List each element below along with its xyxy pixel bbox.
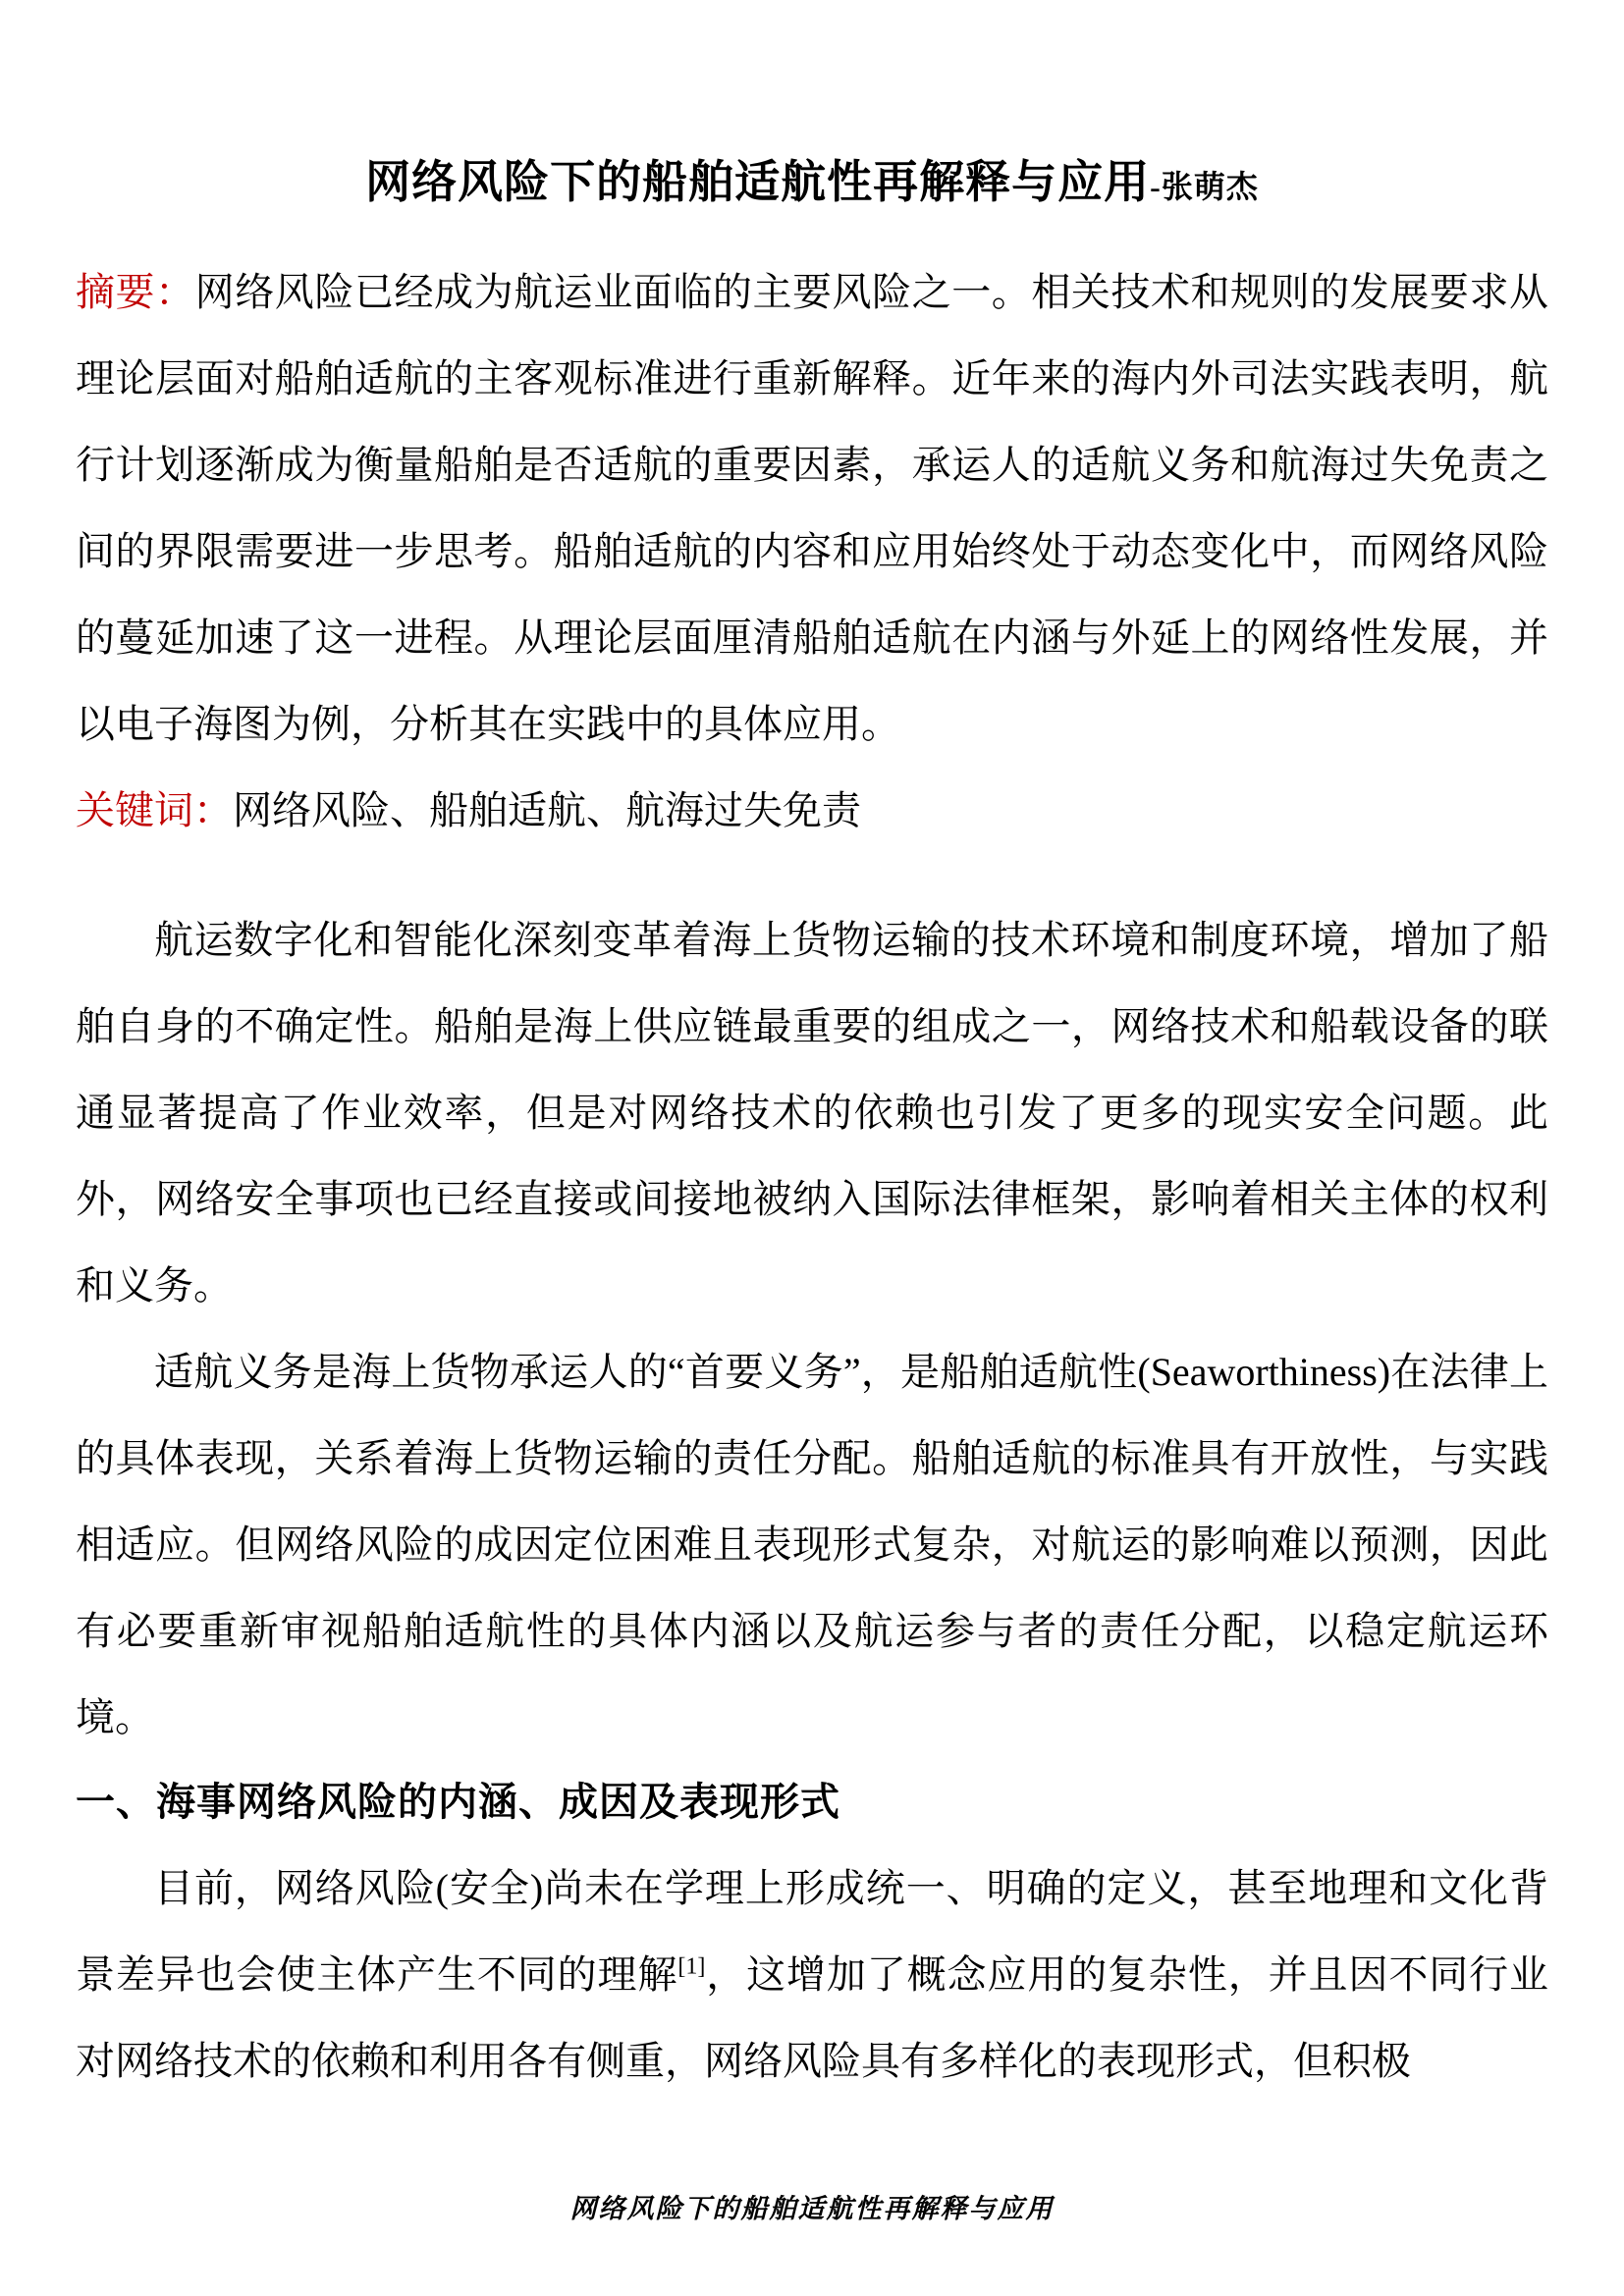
body-paragraph-1: 航运数字化和智能化深刻变革着海上货物运输的技术环境和制度环境，增加了船舶自身的不… bbox=[76, 897, 1548, 1329]
page-footer-running-title: 网络风险下的船舶适航性再解释与应用 bbox=[0, 2187, 1624, 2225]
body-paragraph-3: 目前，网络风险(安全)尚未在学理上形成统一、明确的定义，甚至地理和文化背景差异也… bbox=[76, 1845, 1548, 2105]
footnote-reference: [1] bbox=[677, 1954, 705, 1980]
keywords-label: 关键词： bbox=[76, 788, 233, 832]
title-author-suffix: -张萌杰 bbox=[1150, 169, 1259, 204]
page-title: 网络风险下的船舶适航性再解释与应用-张萌杰 bbox=[76, 147, 1548, 222]
abstract-text: 网络风险已经成为航运业面临的主要风险之一。相关技术和规则的发展要求从理论层面对船… bbox=[76, 270, 1548, 746]
document-page: 网络风险下的船舶适航性再解释与应用-张萌杰 摘要：网络风险已经成为航运业面临的主… bbox=[0, 0, 1624, 2296]
keywords-line: 关键词：网络风险、船舶适航、航海过失免责 bbox=[76, 768, 1548, 854]
section-heading-1: 一、海事网络风险的内涵、成因及表现形式 bbox=[76, 1773, 1548, 1832]
abstract-label: 摘要： bbox=[76, 270, 195, 314]
abstract-paragraph: 摘要：网络风险已经成为航运业面临的主要风险之一。相关技术和规则的发展要求从理论层… bbox=[76, 249, 1548, 768]
body-paragraph-2: 适航义务是海上货物承运人的“首要义务”，是船舶适航性(Seaworthiness… bbox=[76, 1329, 1548, 1761]
title-main: 网络风险下的船舶适航性再解释与应用 bbox=[365, 157, 1150, 207]
keywords-text: 网络风险、船舶适航、航海过失免责 bbox=[233, 788, 861, 832]
